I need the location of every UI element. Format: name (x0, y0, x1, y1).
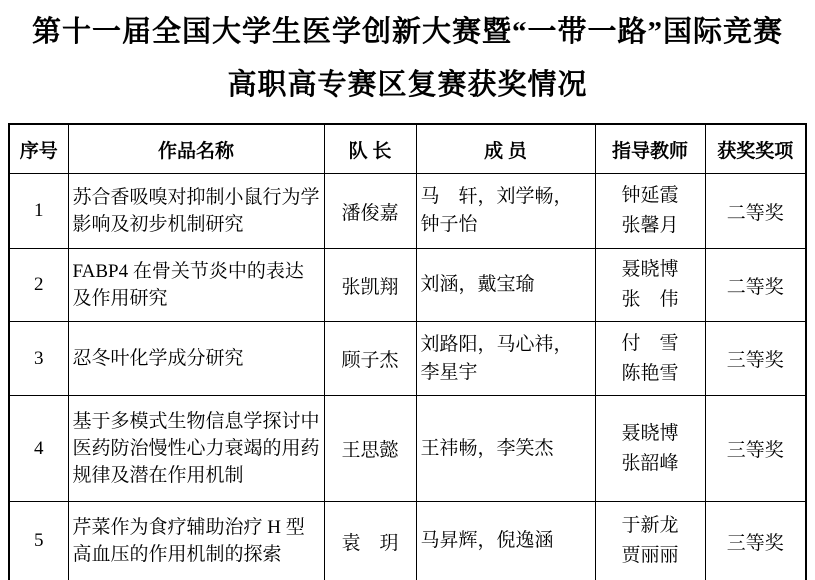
cell-no: 4 (9, 396, 68, 502)
cell-award: 二等奖 (705, 174, 806, 249)
header-cell-award: 获奖奖项 (705, 124, 806, 174)
table-row: 2 FABP4 在骨关节炎中的表达及作用研究 张凯翔 刘涵，戴宝瑜 聂晓博 张 … (9, 249, 806, 322)
cell-leader: 潘俊嘉 (324, 174, 416, 249)
header-cell-members: 成 员 (416, 124, 595, 174)
cell-members: 王祎畅，李笑杰 (416, 396, 595, 502)
cell-leader: 王思懿 (324, 396, 416, 502)
table-row: 3 忍冬叶化学成分研究 顾子杰 刘路阳，马心祎，李星宇 付 雪 陈艳雪 三等奖 (9, 322, 806, 396)
document-title-line-1: 第十一届全国大学生医学创新大赛暨“一带一路”国际竞赛 (0, 0, 815, 54)
cell-advisors: 付 雪 陈艳雪 (595, 322, 705, 396)
table-header-row: 序号 作品名称 队 长 成 员 指导教师 获奖奖项 (9, 124, 806, 174)
cell-members: 马昇辉，倪逸涵 (416, 502, 595, 580)
cell-title: 忍冬叶化学成分研究 (68, 322, 324, 396)
cell-advisors: 钟延霞 张馨月 (595, 174, 705, 249)
cell-leader: 袁 玥 (324, 502, 416, 580)
cell-members: 马 轩，刘学畅，钟子怡 (416, 174, 595, 249)
cell-members: 刘路阳，马心祎，李星宇 (416, 322, 595, 396)
cell-title: 苏合香吸嗅对抑制小鼠行为学影响及初步机制研究 (68, 174, 324, 249)
cell-award: 三等奖 (705, 322, 806, 396)
cell-award: 二等奖 (705, 249, 806, 322)
cell-title: 芹菜作为食疗辅助治疗 H 型高血压的作用机制的探索 (68, 502, 324, 580)
cell-award: 三等奖 (705, 502, 806, 580)
cell-title: 基于多模式生物信息学探讨中医药防治慢性心力衰竭的用药规律及潜在作用机制 (68, 396, 324, 502)
cell-advisors: 聂晓博 张 伟 (595, 249, 705, 322)
document-title-line-2: 高职高专赛区复赛获奖情况 (0, 54, 815, 107)
cell-advisors: 于新龙 贾丽丽 (595, 502, 705, 580)
document-page: 第十一届全国大学生医学创新大赛暨“一带一路”国际竞赛 高职高专赛区复赛获奖情况 … (0, 0, 815, 580)
cell-members: 刘涵，戴宝瑜 (416, 249, 595, 322)
header-cell-advisors: 指导教师 (595, 124, 705, 174)
header-cell-no: 序号 (9, 124, 68, 174)
cell-no: 3 (9, 322, 68, 396)
header-cell-leader: 队 长 (324, 124, 416, 174)
header-cell-title: 作品名称 (68, 124, 324, 174)
table-row: 4 基于多模式生物信息学探讨中医药防治慢性心力衰竭的用药规律及潜在作用机制 王思… (9, 396, 806, 502)
cell-no: 1 (9, 174, 68, 249)
cell-leader: 顾子杰 (324, 322, 416, 396)
awards-table: 序号 作品名称 队 长 成 员 指导教师 获奖奖项 1 苏合香吸嗅对抑制小鼠行为… (8, 123, 807, 580)
cell-no: 2 (9, 249, 68, 322)
table-row: 1 苏合香吸嗅对抑制小鼠行为学影响及初步机制研究 潘俊嘉 马 轩，刘学畅，钟子怡… (9, 174, 806, 249)
cell-title: FABP4 在骨关节炎中的表达及作用研究 (68, 249, 324, 322)
cell-advisors: 聂晓博 张韶峰 (595, 396, 705, 502)
table-row: 5 芹菜作为食疗辅助治疗 H 型高血压的作用机制的探索 袁 玥 马昇辉，倪逸涵 … (9, 502, 806, 580)
cell-leader: 张凯翔 (324, 249, 416, 322)
cell-award: 三等奖 (705, 396, 806, 502)
cell-no: 5 (9, 502, 68, 580)
